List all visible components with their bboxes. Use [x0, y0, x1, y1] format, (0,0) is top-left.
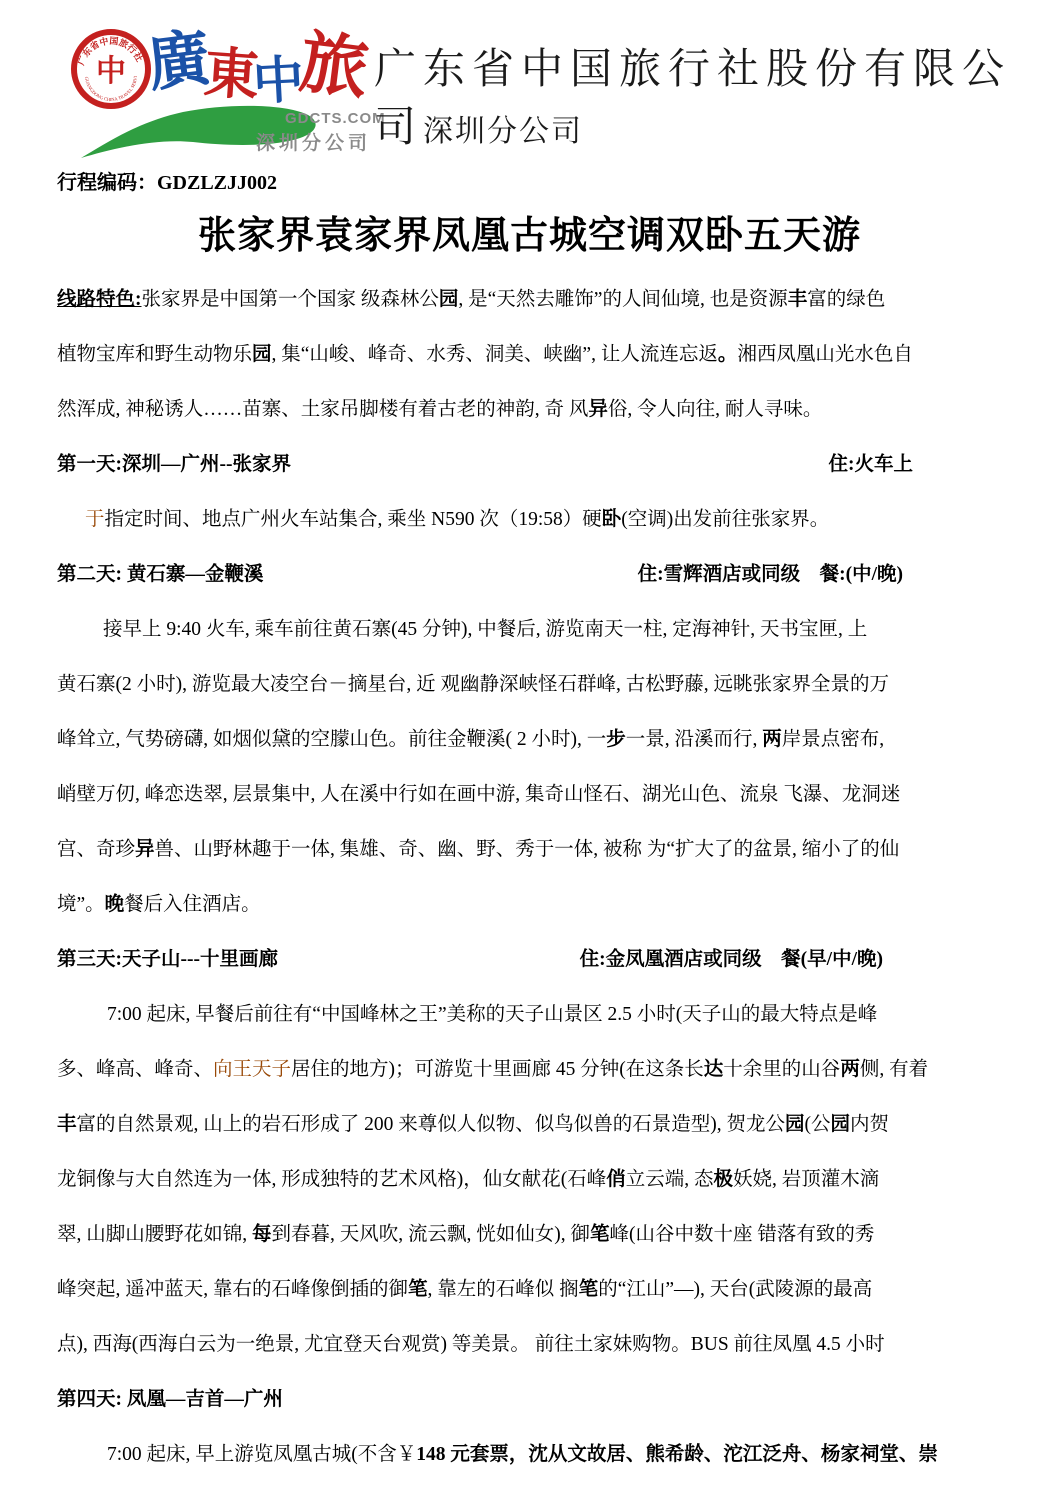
text-segment: 内贺 — [850, 1114, 889, 1135]
text-segment: 十余里的山谷 — [723, 1059, 840, 1080]
paragraph-line: 7:00 起床, 早餐后前往有“中国峰林之王”美称的天子山景区 2.5 小时(天… — [57, 987, 1007, 1042]
paragraph-line: 境”。晚餐后入住酒店。 — [57, 877, 1007, 932]
day-header-line: 第二天: 黄石寨—金鞭溪住:雪辉酒店或同级 餐:(中/晚) — [57, 547, 1007, 602]
text-segment: , 是“天然去雕饰”的人间仙境, 也是资源 — [458, 289, 787, 310]
text-segment: (空调)出发前往张家界。 — [621, 509, 829, 530]
company-name-branch: 深圳分公司 — [423, 115, 583, 148]
page-title: 张家界袁家界凤凰古城空调双卧五天游 — [0, 204, 1059, 259]
text-segment: 7:00 起床, 早上游览凤凰古城(不含￥ — [107, 1444, 416, 1465]
paragraph-line: 多、峰高、峰奇、向王天子居住的地方)；可游览十里画廊 45 分钟(在这条长达十余… — [57, 1042, 1007, 1097]
day-header-left: 第四天: 凤凰—吉首—广州 — [57, 1372, 283, 1427]
text-segment: 笔 — [408, 1279, 428, 1300]
text-segment: 园 — [252, 344, 272, 365]
text-segment: 立云端, 态 — [626, 1169, 714, 1190]
text-segment: 湘西凤凰山光水色自 — [737, 344, 913, 365]
text-segment: 7:00 起床, 早餐后前往有“中国峰林之王”美称的天子山景区 2.5 小时(天… — [107, 1004, 877, 1025]
text-segment: 园 — [439, 289, 459, 310]
text-segment: 异 — [588, 399, 608, 420]
text-segment: 。 — [718, 344, 738, 365]
day-header-left: 第三天:天子山---十里画廊 — [57, 932, 278, 987]
text-segment: 第一天:深圳—广州--张家界 — [57, 454, 291, 475]
company-name: 广东省中国旅行社股份有限公司深圳分公司 — [374, 40, 1034, 161]
paragraph-line: 然浑成, 神秘诱人……苗寨、土家吊脚楼有着古老的神韵, 奇 风异俗, 令人向往,… — [57, 382, 1007, 437]
text-segment: 植物宝库和野生动物乐 — [57, 344, 252, 365]
text-segment: 岸景点密布, — [782, 729, 884, 750]
text-segment: 异 — [135, 839, 155, 860]
text-segment: 第三天:天子山---十里画廊 — [57, 949, 278, 970]
day-header-line: 第四天: 凤凰—吉首—广州 — [57, 1372, 1007, 1427]
itinerary-body: 线路特色:张家界是中国第一个国家 级森林公园, 是“天然去雕饰”的人间仙境, 也… — [57, 272, 1007, 1482]
text-segment: 居住的地方)；可游览十里画廊 45 分钟(在这条长 — [291, 1059, 704, 1080]
text-segment: 富的自然景观, 山上的岩石形成了 200 来尊似人似物、似鸟似兽的石景造型), … — [77, 1114, 786, 1135]
text-segment: 峭壁万仞, 峰恋迭翠, 层景集中, 人在溪中行如在画中游, 集奇山怪石、湖光山色… — [57, 784, 900, 805]
text-segment: 两 — [840, 1059, 860, 1080]
paragraph-line: 峭壁万仞, 峰恋迭翠, 层景集中, 人在溪中行如在画中游, 集奇山怪石、湖光山色… — [57, 767, 1007, 822]
paragraph-line: 丰富的自然景观, 山上的岩石形成了 200 来尊似人似物、似鸟似兽的石景造型),… — [57, 1097, 1007, 1152]
text-segment: 步 — [606, 729, 626, 750]
text-segment: (公 — [805, 1114, 831, 1135]
text-segment: 俏 — [606, 1169, 626, 1190]
company-logo: 广东省中国旅行社 GUANGDONG CHINA TRAVEL SERVICE … — [60, 24, 390, 174]
day-header-right: 住:金凤凰酒店或同级 餐(早/中/晚) — [580, 932, 1007, 987]
logo-branch-label: 深圳分公司 — [256, 128, 371, 155]
text-segment: 丰 — [788, 289, 808, 310]
paragraph-line: 峰突起, 遥冲蓝天, 靠右的石峰像倒插的御笔, 靠左的石峰似 搁笔的“江山”—)… — [57, 1262, 1007, 1317]
text-segment: 笔 — [590, 1224, 610, 1245]
day-header-line: 第三天:天子山---十里画廊住:金凤凰酒店或同级 餐(早/中/晚) — [57, 932, 1007, 987]
trip-code: 行程编码：GDZLZJJ002 — [57, 166, 277, 195]
day-header-left: 第一天:深圳—广州--张家界 — [57, 437, 291, 492]
paragraph-line: 7:00 起床, 早上游览凤凰古城(不含￥148 元套票，沈从文故居、熊希龄、沱… — [57, 1427, 1007, 1482]
text-segment: 侧, 有着 — [860, 1059, 928, 1080]
text-segment: 笔 — [579, 1279, 599, 1300]
paragraph-line: 点), 西海(西海白云为一绝景, 尤宜登天台观赏) 等美景。 前往土家妹购物。B… — [57, 1317, 1007, 1372]
paragraph-line: 于指定时间、地点广州火车站集合, 乘坐 N590 次（19:58）硬卧(空调)出… — [57, 492, 1007, 547]
trip-code-label: 行程编码： — [57, 172, 157, 194]
text-segment: 兽、山野林趣于一体, 集雄、奇、幽、野、秀于一体, 被称 为“扩大了的盆景, 缩… — [155, 839, 900, 860]
logo-domain: GDCTS.COM — [285, 110, 386, 127]
text-segment: 张家界是中国第一个国家 级森林公 — [142, 289, 439, 310]
day-header-right: 住:雪辉酒店或同级 餐:(中/晚) — [638, 547, 1007, 602]
text-segment: 住:金凤凰酒店或同级 餐(早/中/晚) — [580, 949, 883, 970]
text-segment: 148 元套票，沈从文故居、熊希龄、沱江泛舟、杨家祠堂、崇 — [416, 1444, 938, 1465]
paragraph-line: 植物宝库和野生动物乐园, 集“山峻、峰奇、水秀、洞美、峡幽”, 让人流连忘返。湘… — [57, 327, 1007, 382]
day-header-left: 第二天: 黄石寨—金鞭溪 — [57, 547, 263, 602]
text-segment: 园 — [785, 1114, 805, 1135]
text-segment: 餐后入住酒店。 — [124, 894, 261, 915]
text-segment: 峰(山谷中数十座 错落有致的秀 — [610, 1224, 875, 1245]
text-segment: 第四天: 凤凰—吉首—广州 — [57, 1389, 283, 1410]
text-segment: 住:火车上 — [829, 454, 914, 475]
text-segment: 宫、奇珍 — [57, 839, 135, 860]
text-segment: 接早上 9:40 火车, 乘车前往黄石寨(45 分钟), 中餐后, 游览南天一柱… — [103, 619, 867, 640]
text-segment: 俗, 令人向往, 耐人寻味。 — [608, 399, 823, 420]
text-segment: 然浑成, 神秘诱人……苗寨、土家吊脚楼有着古老的神韵, 奇 风 — [57, 399, 588, 420]
text-segment: 一景, 沿溪而行, — [626, 729, 763, 750]
text-segment: 园 — [831, 1114, 851, 1135]
text-segment: 卧 — [602, 509, 622, 530]
day-header-right: 住:火车上 — [829, 437, 1008, 492]
text-segment: 向王天子 — [213, 1059, 291, 1080]
text-segment: 黄石寨(2 小时), 游览最大凌空台－摘星台, 近 观幽静深峡怪石群峰, 古松野… — [57, 674, 889, 695]
paragraph-line: 线路特色:张家界是中国第一个国家 级森林公园, 是“天然去雕饰”的人间仙境, 也… — [57, 272, 1007, 327]
text-segment: 富的绿色 — [807, 289, 885, 310]
text-segment: 住:雪辉酒店或同级 餐:(中/晚) — [638, 564, 903, 585]
text-segment: 极 — [714, 1169, 734, 1190]
seal-center-glyph: 中 — [96, 55, 126, 88]
text-segment: 第二天: 黄石寨—金鞭溪 — [57, 564, 263, 585]
text-segment: 龙铜像与大自然连为一体, 形成独特的艺术风格)，仙女献花(石峰 — [57, 1169, 606, 1190]
paragraph-line: 翠, 山脚山腰野花如锦, 每到春暮, 天风吹, 流云飘, 恍如仙女), 御笔峰(… — [57, 1207, 1007, 1262]
text-segment: 丰 — [57, 1114, 77, 1135]
text-segment: 峰耸立, 气势磅礴, 如烟似黛的空朦山色。前往金鞭溪( 2 小时), 一 — [57, 729, 606, 750]
paragraph-line: 宫、奇珍异兽、山野林趣于一体, 集雄、奇、幽、野、秀于一体, 被称 为“扩大了的… — [57, 822, 1007, 877]
text-segment: 境”。 — [57, 894, 105, 915]
trip-code-value: GDZLZJJ002 — [157, 172, 277, 194]
text-segment: 于 — [85, 509, 105, 530]
day-header-line: 第一天:深圳—广州--张家界住:火车上 — [57, 437, 1007, 492]
text-segment: 妖娆, 岩顶灌木滴 — [733, 1169, 879, 1190]
text-segment: 峰突起, 遥冲蓝天, 靠右的石峰像倒插的御 — [57, 1279, 408, 1300]
text-segment: 点), 西海(西海白云为一绝景, 尤宜登天台观赏) 等美景。 前往土家妹购物。B… — [57, 1334, 885, 1355]
company-seal-icon: 广东省中国旅行社 GUANGDONG CHINA TRAVEL SERVICE … — [70, 28, 152, 110]
paragraph-line: 接早上 9:40 火车, 乘车前往黄石寨(45 分钟), 中餐后, 游览南天一柱… — [57, 602, 1007, 657]
text-segment: 晚 — [105, 894, 125, 915]
text-segment: 两 — [762, 729, 782, 750]
text-segment: 线路特色: — [57, 289, 142, 310]
paragraph-line: 黄石寨(2 小时), 游览最大凌空台－摘星台, 近 观幽静深峡怪石群峰, 古松野… — [57, 657, 1007, 712]
paragraph-line: 峰耸立, 气势磅礴, 如烟似黛的空朦山色。前往金鞭溪( 2 小时), 一步一景,… — [57, 712, 1007, 767]
text-segment: 达 — [704, 1059, 724, 1080]
text-segment: 到春暮, 天风吹, 流云飘, 恍如仙女), 御 — [272, 1224, 591, 1245]
text-segment: , 靠左的石峰似 搁 — [428, 1279, 579, 1300]
text-segment: 指定时间、地点广州火车站集合, 乘坐 N590 次（19:58）硬 — [105, 509, 602, 530]
text-segment: 每 — [252, 1224, 272, 1245]
text-segment: 翠, 山脚山腰野花如锦, — [57, 1224, 252, 1245]
text-segment: 多、峰高、峰奇、 — [57, 1059, 213, 1080]
text-segment: 的“江山”—), 天台(武陵源的最高 — [598, 1279, 872, 1300]
paragraph-line: 龙铜像与大自然连为一体, 形成独特的艺术风格)，仙女献花(石峰俏立云端, 态极妖… — [57, 1152, 1007, 1207]
itinerary-document: 广东省中国旅行社 GUANGDONG CHINA TRAVEL SERVICE … — [0, 0, 1059, 1497]
logo-brand-char: 旅 — [296, 28, 372, 104]
text-segment: , 集“山峻、峰奇、水秀、洞美、峡幽”, 让人流连忘返 — [272, 344, 718, 365]
